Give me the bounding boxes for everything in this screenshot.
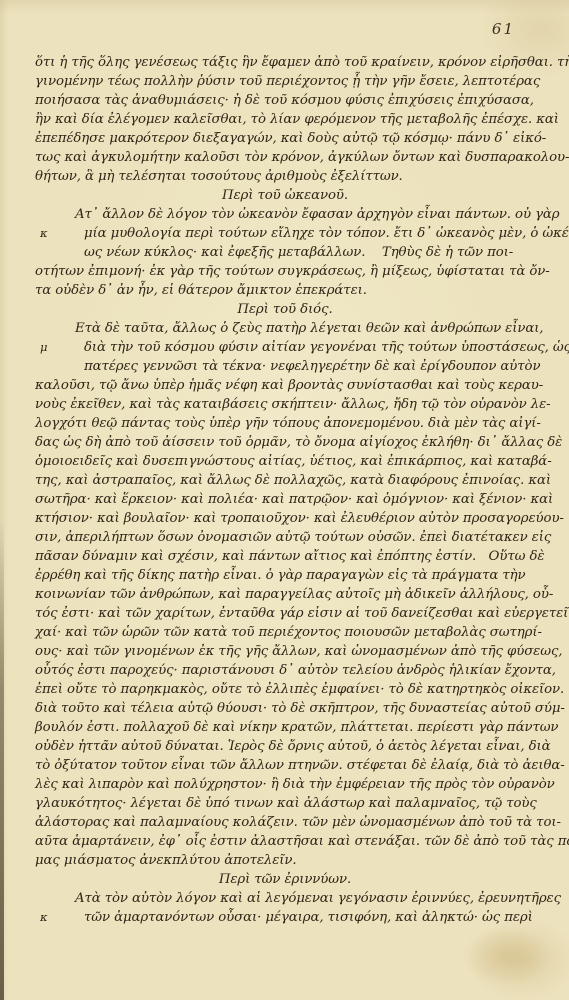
margin-initial: κ [40, 224, 47, 243]
text-line: πᾶσαν δύναμιν καὶ σχέσιν, καὶ πάντων αἴτ… [35, 547, 535, 566]
section-heading: Περὶ τοῦ διός. [35, 300, 535, 319]
text-line: θήτων, ἃ μὴ τελέσηται τοσούτους ἀριθμοὺς… [35, 167, 535, 186]
paragraph: ὅτι ἡ τῆς ὅλης γενέσεως τάξις ἣν ἔφαμεν … [35, 53, 535, 186]
text-line: Ατ᾽ ἄλλον δὲ λόγον τὸν ὠκεανὸν ἔφασαν ἀρ… [35, 205, 535, 224]
text-line: ἐπεπέδησε μακρότερον διεξαγαγών, καὶ δοὺ… [35, 129, 535, 148]
text-line: τα οὐδὲν δ᾽ ἀν ἦν, εἰ θάτερον ἄμικτον ἐπ… [35, 281, 535, 300]
text-line: σιν, ἀπεριλήπτων ὅσων ὀνομασιῶν αὐτῷ τού… [35, 528, 535, 547]
book-page: 61 ὅτι ἡ τῆς ὅλης γενέσεως τάξις ἣν ἔφαμ… [0, 0, 569, 1000]
text-line: αῦτα ἁμαρτάνειν, ἐφ᾽ οἷς ἐστιν ἀλαστῆσαι… [35, 832, 535, 851]
text-line: ως νέων κύκλος· καὶ ἐφεξῆς μεταβάλλων. Τ… [35, 243, 535, 262]
text-line: ποιήσασα τὰς ἀναθυμιάσεις· ἡ δὲ τοῦ κόσμ… [35, 91, 535, 110]
page-edge-shadow [0, 520, 4, 1000]
section-heading: Περὶ τῶν ἐριννύων. [35, 870, 535, 889]
text-line: σωτῆρα· καὶ ἕρκειον· καὶ πολιέα· καὶ πατ… [35, 490, 535, 509]
text-line: πατέρες γεννῶσι τὰ τέκνα· νεφεληγερέτην … [35, 357, 535, 376]
paragraph: κΑτὰ τὸν αὐτὸν λόγον καὶ αἱ λεγόμεναι γε… [35, 889, 535, 927]
text-line: βουλόν ἐστι. πολλαχοῦ δὲ καὶ νίκην κρατῶ… [35, 718, 535, 737]
text-line: διὰ τὴν τοῦ κόσμου φύσιν αἰτίαν γεγονένα… [35, 338, 535, 357]
text-line: γλαυκότητος· λέγεται δὲ ὑπό τινων καὶ ἀλ… [35, 794, 535, 813]
text-line: οὗτός ἐστι παροχεύς· παριστάνουσι δ᾽ αὐτ… [35, 661, 535, 680]
text-line: ἐπεὶ οὔτε τὸ παρηκμακὸς, οὔτε τὸ ἐλλιπὲς… [35, 680, 535, 699]
text-line: κοινωνίαν τῶν ἀνθρώπων, καὶ παραγγείλας … [35, 585, 535, 604]
page-number: 61 [492, 20, 515, 38]
text-line: καλοῦσι, τῷ ἄνω ὑπὲρ ἡμᾶς νέφη καὶ βροντ… [35, 376, 535, 395]
text-line: νοὺς ἐκεῖθεν, καὶ τὰς καταιβάσεις σκήπτε… [35, 395, 535, 414]
paragraph: μΕτὰ δὲ ταῦτα, ἄλλως ὁ ζεὺς πατὴρ λέγετα… [35, 319, 535, 870]
text-line: ὅτι ἡ τῆς ὅλης γενέσεως τάξις ἣν ἔφαμεν … [35, 53, 535, 72]
text-line: Ατὰ τὸν αὐτὸν λόγον καὶ αἱ λεγόμεναι γεγ… [35, 889, 535, 908]
paragraph: κΑτ᾽ ἄλλον δὲ λόγον τὸν ὠκεανὸν ἔφασαν ἀ… [35, 205, 535, 300]
text-line: λὲς καὶ λιπαρὸν καὶ πολύχρηστον· ἢ διὰ τ… [35, 775, 535, 794]
text-line: τῶν ἁμαρτανόντων οὖσαι· μέγαιρα, τισιφόν… [35, 908, 535, 927]
text-line: τὸ ὀξύτατον τοῦτον εἶναι τῶν ἄλλων πτηνῶ… [35, 756, 535, 775]
text-line: ἐρρέθη καὶ τῆς δίκης πατὴρ εἶναι. ὁ γὰρ … [35, 566, 535, 585]
text-line: ἣν καὶ δία ἐλέγομεν καλεῖσθαι, τὸ λίαν φ… [35, 110, 535, 129]
text-block: ὅτι ἡ τῆς ὅλης γενέσεως τάξις ἣν ἔφαμεν … [35, 53, 535, 927]
margin-initial: κ [40, 908, 47, 927]
text-line: ἀλάστορας καὶ παλαμναίους κολάζειν. τῶν … [35, 813, 535, 832]
text-line: ὁμοιοειδεῖς καὶ δυσεπιγνώστους αἰτίας, ὑ… [35, 452, 535, 471]
text-line: ους· καὶ τῶν γινομένων ἐκ τῆς γῆς ἄλλων,… [35, 642, 535, 661]
text-line: οὐδὲν ἡττᾶν αὐτοῦ δύναται. Ἱερὸς δὲ ὄρνι… [35, 737, 535, 756]
text-line: της, καὶ ἀστραπαῖος, καὶ ἄλλως δὲ πολλαχ… [35, 471, 535, 490]
text-line: μία μυθολογία περὶ τούτων εἴληχε τὸν τόπ… [35, 224, 535, 243]
text-line: χαί· καὶ τῶν ὡρῶν τῶν κατὰ τοῦ περιέχοντ… [35, 623, 535, 642]
text-line: διὰ τοῦτο καὶ τέλεια αὐτῷ θύουσι· τὸ δὲ … [35, 699, 535, 718]
section-heading: Περὶ τοῦ ὠκεανοῦ. [35, 186, 535, 205]
text-line: τως καὶ ἀγκυλομήτην καλοῦσι τὸν κρόνον, … [35, 148, 535, 167]
margin-initial: μ [40, 338, 47, 357]
text-line: δας ὡς δὴ ἀπὸ τοῦ ἀίσσειν τοῦ ὁρμᾶν, τὸ … [35, 433, 535, 452]
text-line: κτήσιον· καὶ βουλαῖον· καὶ τροπαιοῦχον· … [35, 509, 535, 528]
text-line: τός ἐστι· καὶ τῶν χαρίτων, ἐνταῦθα γάρ ε… [35, 604, 535, 623]
text-line: οτήτων ἐπιμονή· ἐκ γὰρ τῆς τούτων συγκρά… [35, 262, 535, 281]
text-line: Ετὰ δὲ ταῦτα, ἄλλως ὁ ζεὺς πατὴρ λέγεται… [35, 319, 535, 338]
text-line: μας μιάσματος ἀνεκπλύτου ἀποτελεῖν. [35, 851, 535, 870]
paper-stain [461, 926, 551, 986]
text-line: λογχότι θεῷ πάντας τοὺς ὑπὲρ γῆν τόπους … [35, 414, 535, 433]
text-line: γινομένην τέως πολλὴν ῥύσιν τοῦ περιέχον… [35, 72, 535, 91]
